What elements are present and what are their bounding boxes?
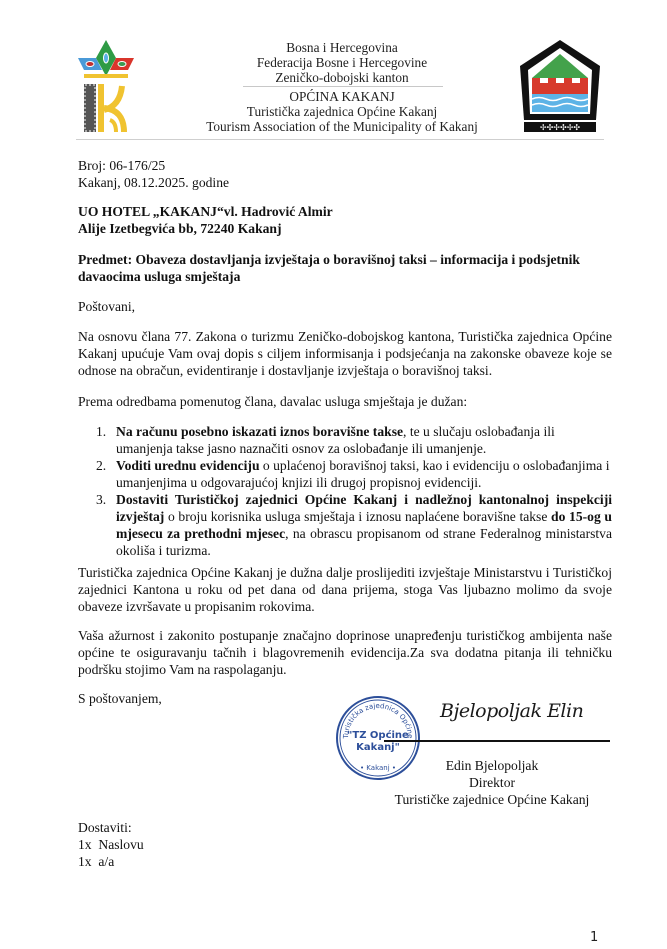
list-item-bold: Na računu posebno iskazati iznos boraviš… bbox=[116, 424, 403, 439]
reference-number: Broj: 06-176/25 bbox=[78, 157, 165, 174]
paragraph-intro: Na osnovu člana 77. Zakona o turizmu Zen… bbox=[78, 328, 612, 379]
header-line-country: Bosna i Hercegovina bbox=[192, 40, 492, 56]
header-line-tz: Turistička zajednica Općine Kakanj bbox=[192, 104, 492, 120]
list-item-bold: Voditi urednu evidenciju bbox=[116, 458, 260, 473]
svg-text:Kakanj": Kakanj" bbox=[356, 742, 400, 753]
municipality-coat-of-arms: ✢✣✢✣✢✣ bbox=[516, 38, 604, 134]
obligations-list: 1. Na računu posebno iskazati iznos bora… bbox=[78, 423, 612, 559]
greeting: Poštovani, bbox=[78, 298, 135, 315]
signatory: Edin Bjelopoljak Direktor Turističke zaj… bbox=[372, 757, 612, 808]
reference-date: Kakanj, 08.12.2025. godine bbox=[78, 174, 229, 191]
paragraph-thanks: Vaša ažurnost i zakonito postupanje znač… bbox=[78, 627, 612, 678]
recipient-address: Alije Izetbegvića bb, 72240 Kakanj bbox=[78, 220, 282, 237]
tourism-association-logo bbox=[76, 34, 136, 134]
subject-line-1: Predmet: Obaveza dostavljanja izvještaja… bbox=[78, 251, 580, 268]
svg-text:✢✣✢✣✢✣: ✢✣✢✣✢✣ bbox=[540, 123, 581, 132]
list-item-number: 3. bbox=[96, 491, 106, 508]
signatory-organization: Turističke zajednice Općine Kakanj bbox=[372, 791, 612, 808]
list-item: 3. Dostaviti Turističkoj zajednici Općin… bbox=[78, 491, 612, 559]
handwritten-signature: Bjelopoljak Elin bbox=[440, 700, 583, 722]
header-divider-inner bbox=[243, 86, 443, 87]
list-item-number: 1. bbox=[96, 423, 106, 440]
subject-line-2: davaocima usluga smještaja bbox=[78, 268, 240, 285]
closing: S poštovanjem, bbox=[78, 690, 162, 707]
recipient-name: UO HOTEL „KAKANJ“vl. Hadrović Almir bbox=[78, 203, 333, 220]
header-line-canton: Zeničko-dobojski kanton bbox=[192, 70, 492, 86]
signature-line-stamp-overlap bbox=[384, 740, 406, 742]
list-item: 2. Voditi urednu evidenciju o uplaćenoj … bbox=[78, 457, 612, 491]
paragraph-obligations-lead: Prema odredbama pomenutog člana, davalac… bbox=[78, 393, 467, 410]
signatory-name: Edin Bjelopoljak bbox=[372, 757, 612, 774]
signature-line bbox=[404, 740, 610, 742]
coat-of-arms-icon: ✢✣✢✣✢✣ bbox=[516, 38, 604, 134]
list-item: 1. Na računu posebno iskazati iznos bora… bbox=[78, 423, 612, 457]
list-item-number: 2. bbox=[96, 457, 106, 474]
logo-tz-icon bbox=[76, 34, 136, 134]
header-line-tz-en: Tourism Association of the Municipality … bbox=[192, 119, 492, 135]
header-line-municipality: OPĆINA KAKANJ bbox=[192, 89, 492, 105]
header-divider bbox=[76, 139, 604, 140]
distribution-label: Dostaviti: bbox=[78, 819, 132, 836]
list-item-text: o broju korisnika usluga smještaja i izn… bbox=[164, 509, 551, 524]
page-number: 1 bbox=[590, 930, 598, 945]
distribution-item: 1x Naslovu bbox=[78, 836, 144, 853]
paragraph-forwarding: Turistička zajednica Općine Kakanj je du… bbox=[78, 564, 612, 615]
header-line-federation: Federacija Bosne i Hercegovine bbox=[192, 55, 492, 71]
signatory-title: Direktor bbox=[372, 774, 612, 791]
distribution-item: 1x a/a bbox=[78, 853, 114, 870]
